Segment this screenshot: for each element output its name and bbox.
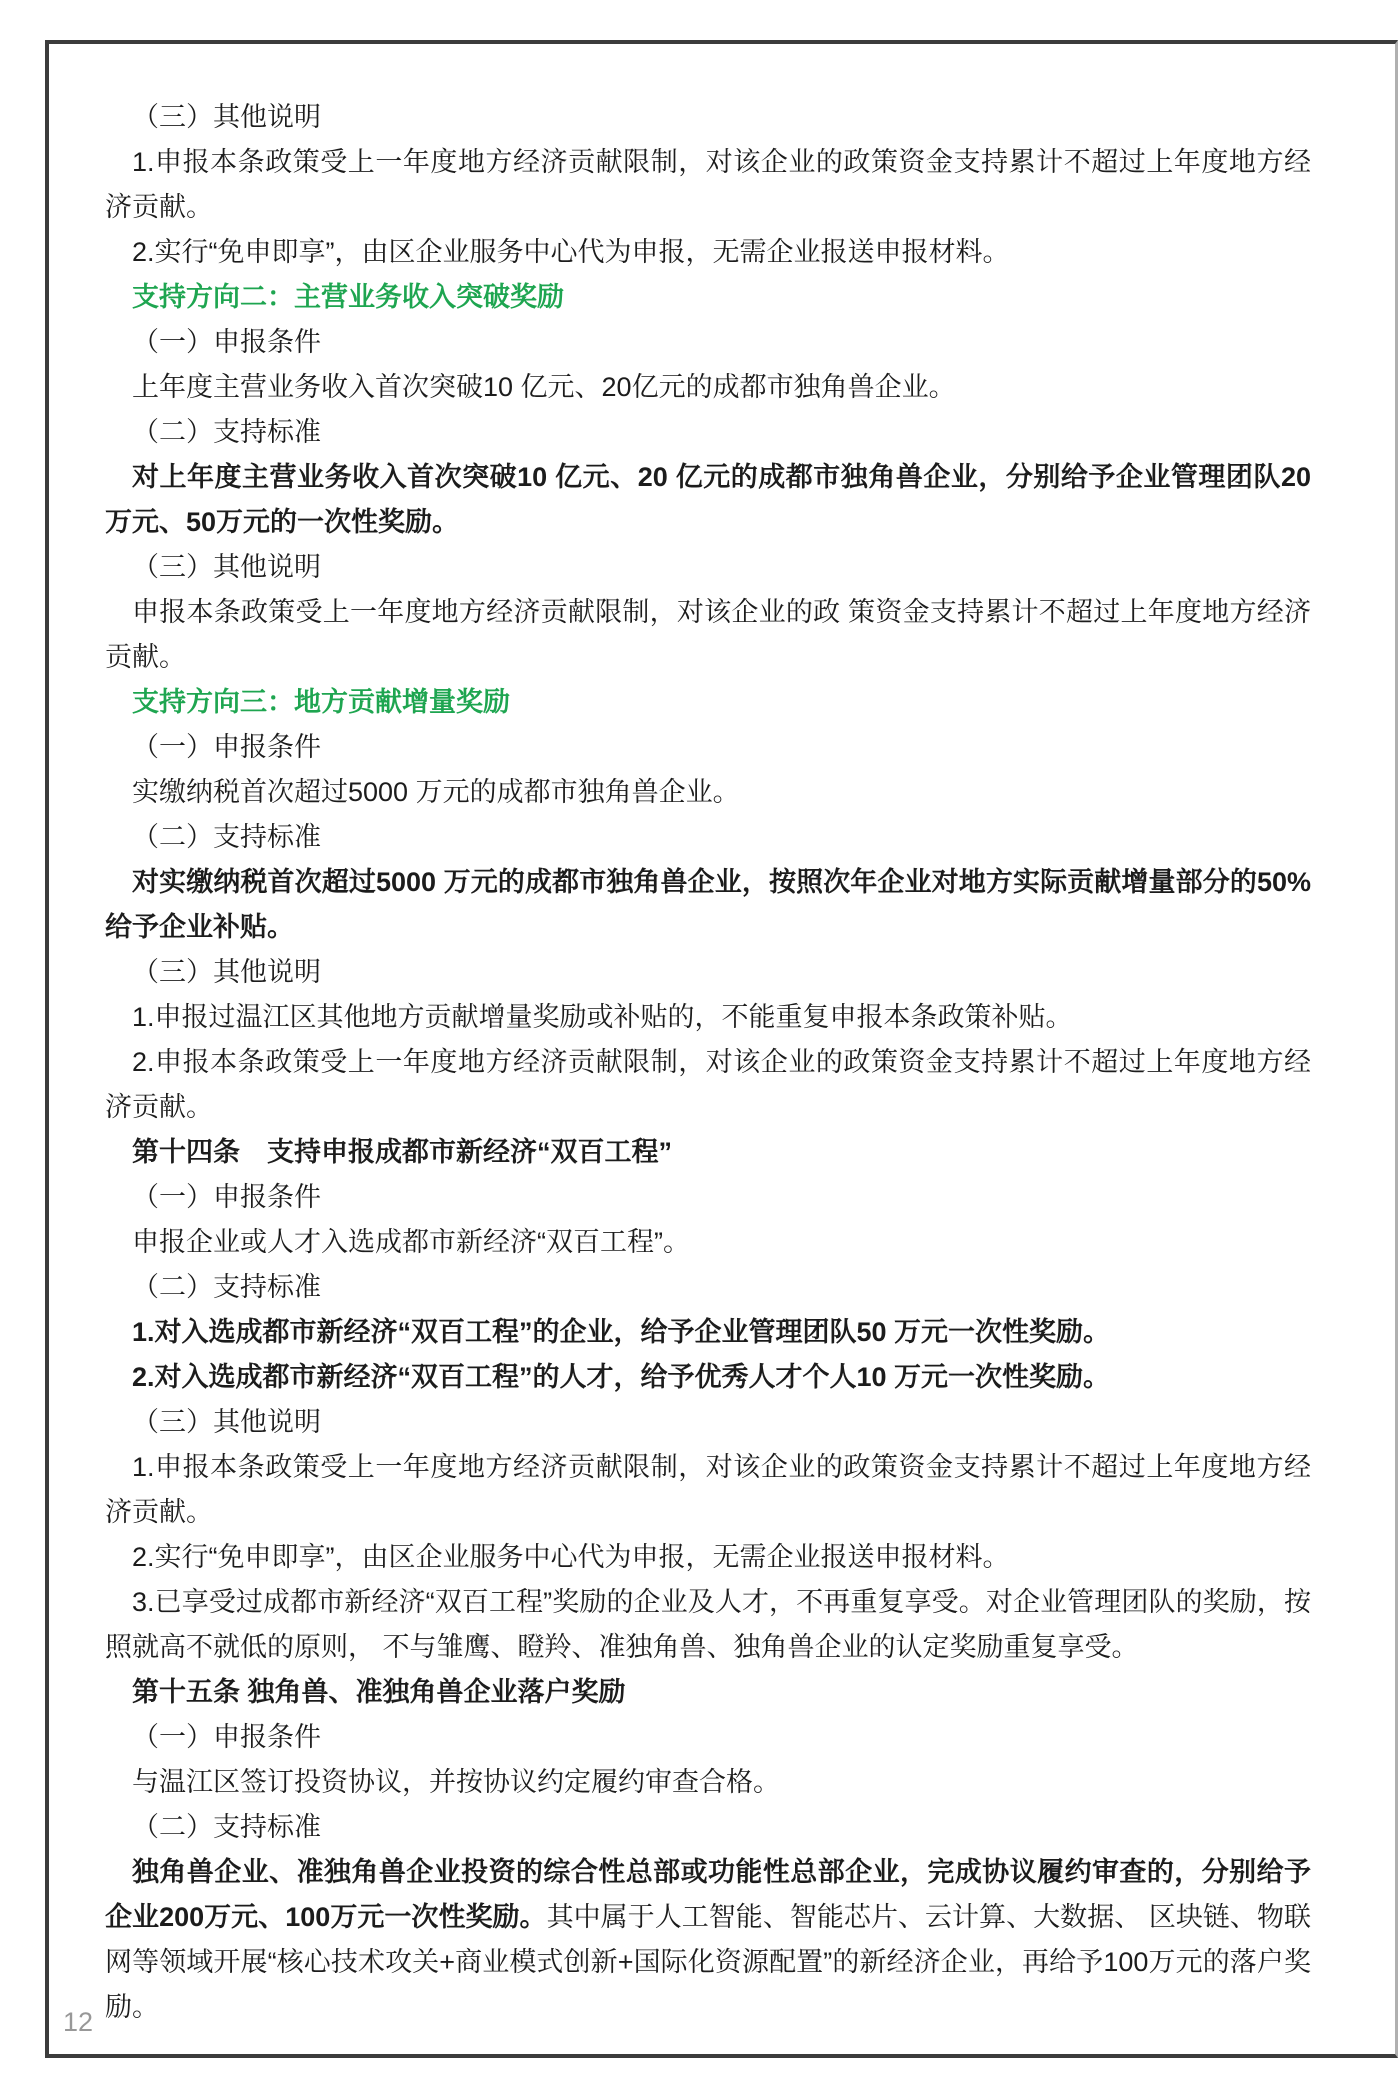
para-note-no-duplicate-subsidy: 1.申报过温江区其他地方贡献增量奖励或补贴的，不能重复申报本条政策补贴。 [105,995,1311,1040]
para-double-hundred-condition: 申报企业或人才入选成都市新经济“双百工程”。 [105,1220,1311,1265]
para-support-standard-heading: （二）支持标准 [105,815,1311,860]
para-investment-agreement-condition: 与温江区签订投资协议，并按协议约定履约审查合格。 [105,1760,1311,1805]
para-note-contribution-limit: 申报本条政策受上一年度地方经济贡献限制，对该企业的政 策资金支持累计不超过上年度… [105,590,1311,680]
para-note-contribution-limit: 2.申报本条政策受上一年度地方经济贡献限制，对该企业的政策资金支持累计不超过上年… [105,1040,1311,1130]
para-support-standard-heading: （二）支持标准 [105,1265,1311,1310]
document-content: （三）其他说明 1.申报本条政策受上一年度地方经济贡献限制，对该企业的政策资金支… [49,44,1395,2030]
para-tax-threshold-condition: 实缴纳税首次超过5000 万元的成都市独角兽企业。 [105,770,1311,815]
para-settlement-reward: 独角兽企业、准独角兽企业投资的综合性总部或功能性总部企业，完成协议履约审查的，分… [105,1850,1311,2030]
para-note-auto-application: 2.实行“免申即享”，由区企业服务中心代为申报，无需企业报送申报材料。 [105,1535,1311,1580]
para-other-notes-heading: （三）其他说明 [105,95,1311,140]
para-other-notes-heading: （三）其他说明 [105,950,1311,995]
para-revenue-breakthrough-reward: 对上年度主营业务收入首次突破10 亿元、20 亿元的成都市独角兽企业，分别给予企… [105,455,1311,545]
para-note-contribution-limit: 1.申报本条政策受上一年度地方经济贡献限制，对该企业的政策资金支持累计不超过上年… [105,140,1311,230]
para-application-conditions-heading: （一）申报条件 [105,725,1311,770]
para-application-conditions-heading: （一）申报条件 [105,1175,1311,1220]
article-14-heading: 第十四条 支持申报成都市新经济“双百工程” [105,1130,1311,1175]
page-number: 12 [63,2009,93,2036]
para-support-standard-heading: （二）支持标准 [105,410,1311,455]
para-other-notes-heading: （三）其他说明 [105,1400,1311,1445]
para-note-no-duplicate-enjoyment: 3.已享受过成都市新经济“双百工程”奖励的企业及人才，不再重复享受。对企业管理团… [105,1580,1311,1670]
support-direction-2-heading: 支持方向二：主营业务收入突破奖励 [105,275,1311,320]
para-note-auto-application: 2.实行“免申即享”，由区企业服务中心代为申报，无需企业报送申报材料。 [105,230,1311,275]
para-application-conditions-heading: （一）申报条件 [105,320,1311,365]
article-15-heading: 第十五条 独角兽、准独角兽企业落户奖励 [105,1670,1311,1715]
para-tax-increment-subsidy: 对实缴纳税首次超过5000 万元的成都市独角兽企业，按照次年企业对地方实际贡献增… [105,860,1311,950]
para-support-standard-heading: （二）支持标准 [105,1805,1311,1850]
para-double-hundred-company-reward: 1.对入选成都市新经济“双百工程”的企业，给予企业管理团队50 万元一次性奖励。 [105,1310,1311,1355]
support-direction-3-heading: 支持方向三：地方贡献增量奖励 [105,680,1311,725]
para-other-notes-heading: （三）其他说明 [105,545,1311,590]
para-application-conditions-heading: （一）申报条件 [105,1715,1311,1760]
para-double-hundred-talent-reward: 2.对入选成都市新经济“双百工程”的人才，给予优秀人才个人10 万元一次性奖励。 [105,1355,1311,1400]
page-border-frame: （三）其他说明 1.申报本条政策受上一年度地方经济贡献限制，对该企业的政策资金支… [45,40,1398,2058]
para-revenue-breakthrough-condition: 上年度主营业务收入首次突破10 亿元、20亿元的成都市独角兽企业。 [105,365,1311,410]
para-note-contribution-limit: 1.申报本条政策受上一年度地方经济贡献限制，对该企业的政策资金支持累计不超过上年… [105,1445,1311,1535]
